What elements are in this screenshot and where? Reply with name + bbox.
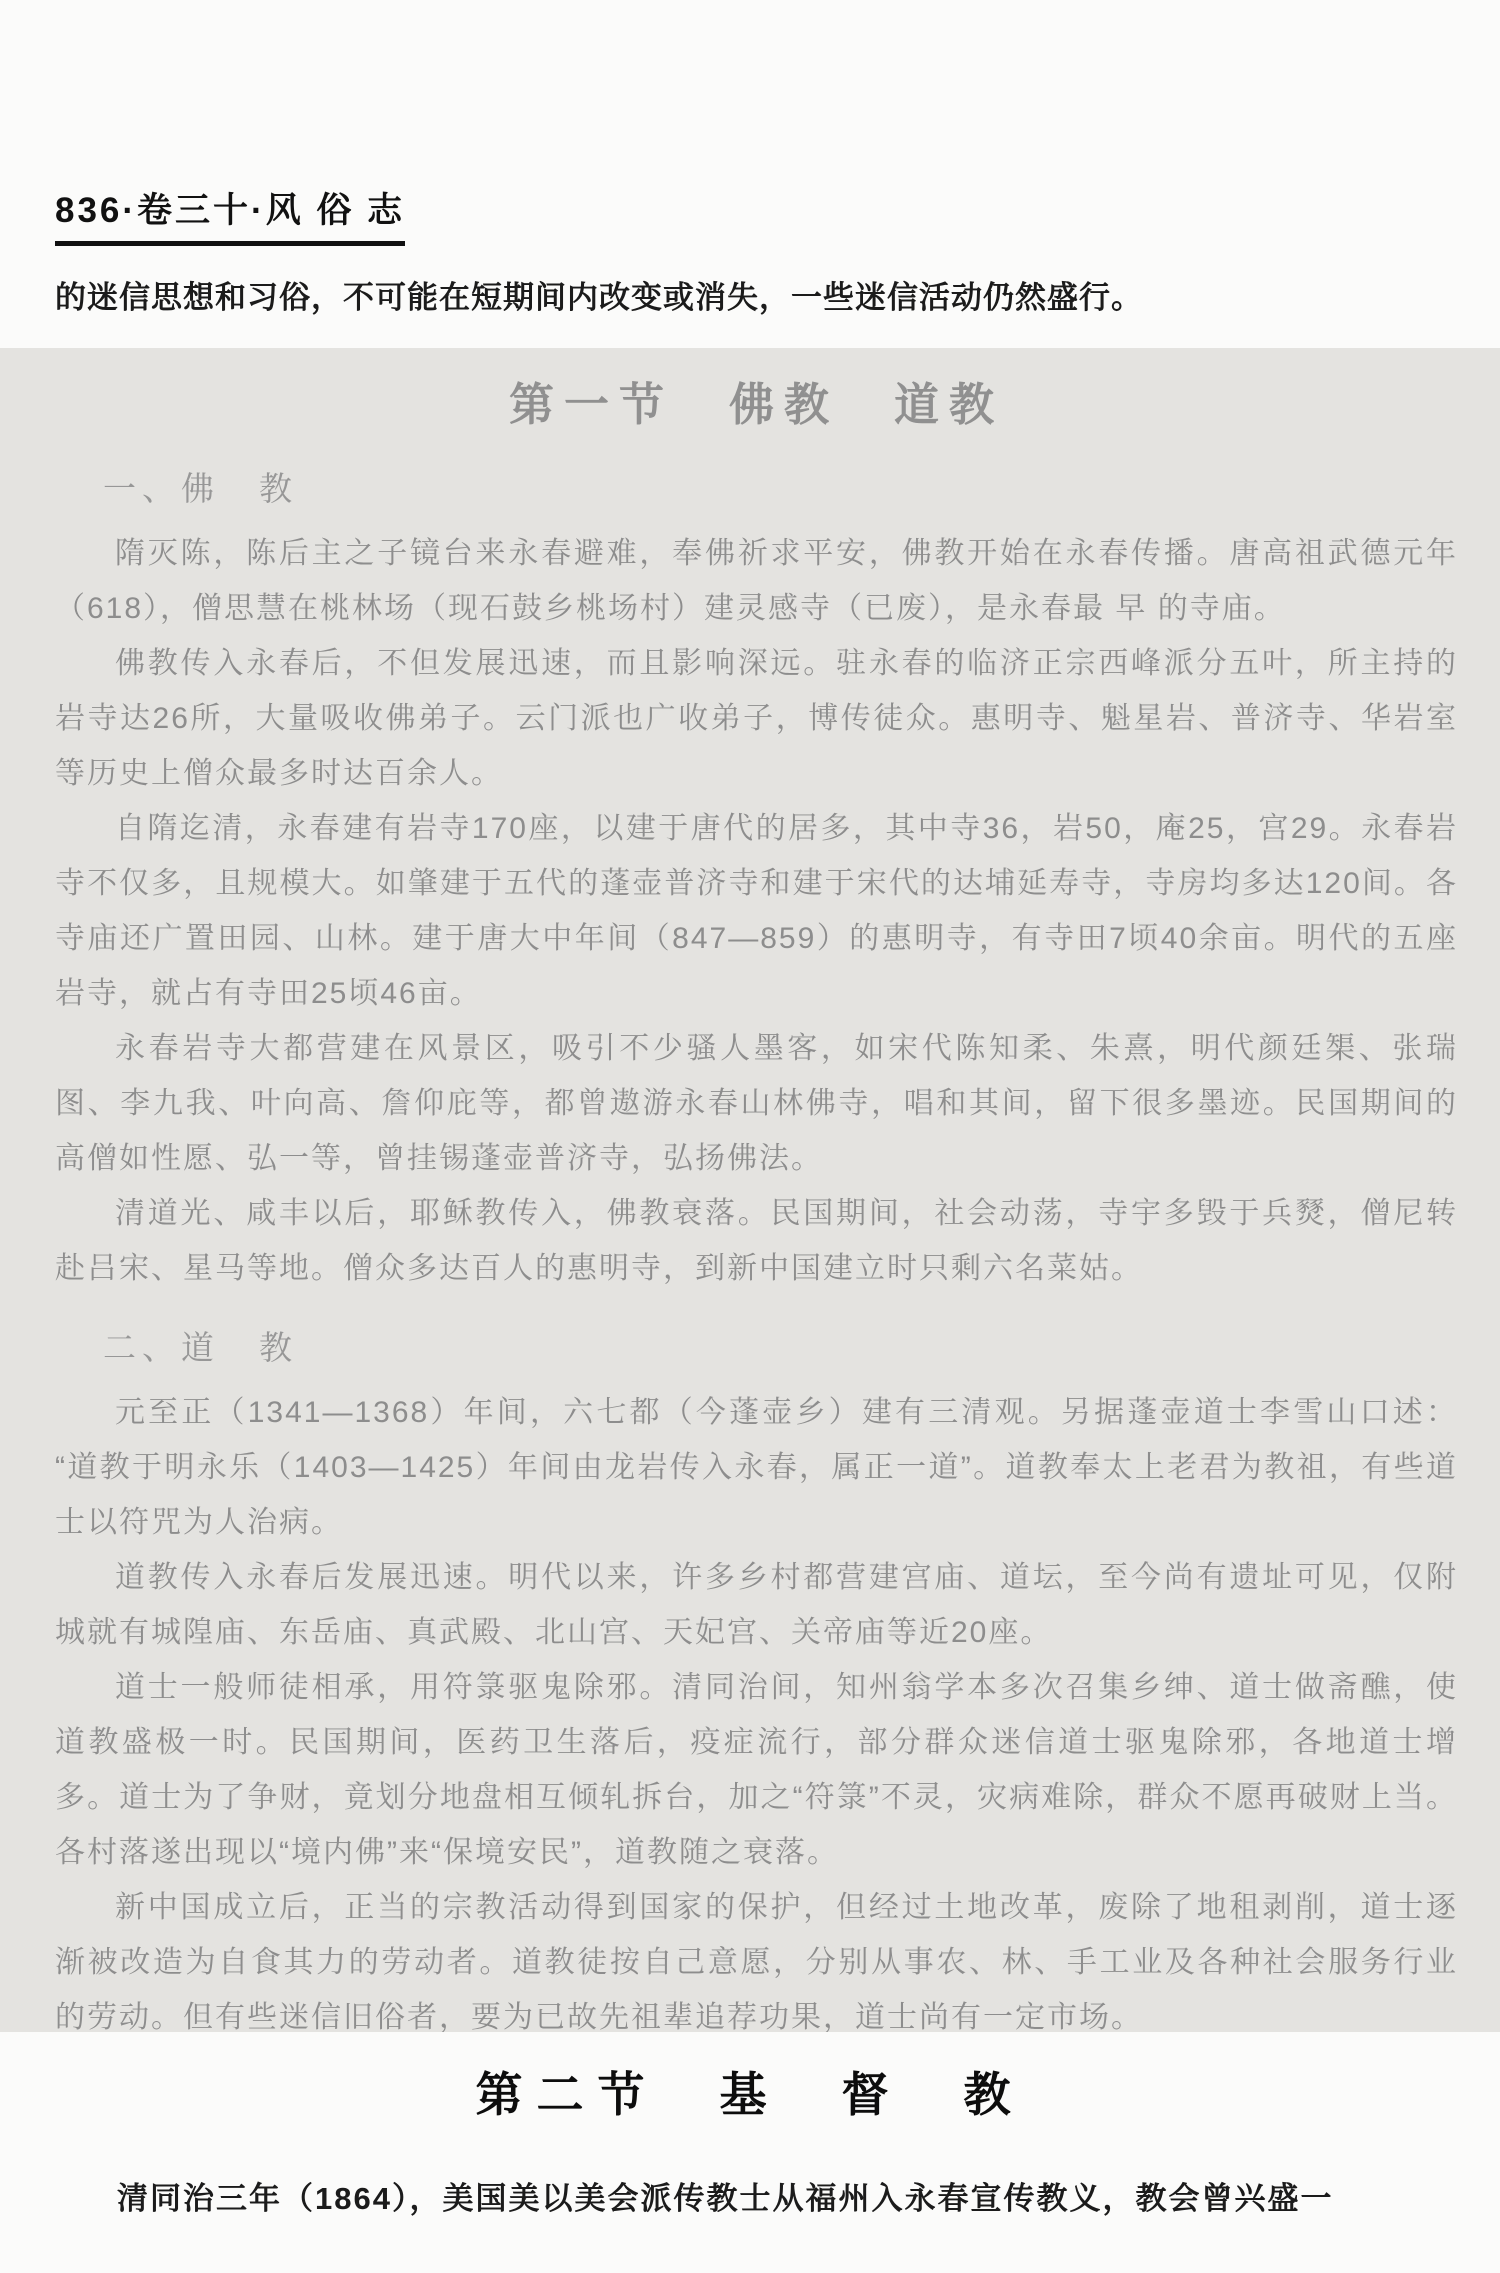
scanned-book-page: 836·卷三十·风 俗 志 的迷信思想和习俗，不可能在短期间内改变或消失，一些迷… (0, 0, 1500, 2273)
scanned-gray-region: 第一节 佛教 道教 一、佛 教 隋灭陈，陈后主之子镜台来永春避难，奉佛祈求平安，… (0, 348, 1500, 2032)
paragraph: 新中国成立后，正当的宗教活动得到国家的保护，但经过土地改革，废除了地租剥削，道士… (55, 1880, 1458, 2032)
section2-title: 第二节 基 督 教 (0, 2058, 1500, 2125)
paragraph: 道士一般师徒相承，用符箓驱鬼除邪。清同治间，知州翁学本多次召集乡绅、道士做斋醮，… (55, 1660, 1458, 1880)
subsection-taoism-heading: 二、道 教 (103, 1322, 1458, 1369)
paragraph: 佛教传入永春后，不但发展迅速，而且影响深远。驻永春的临济正宗西峰派分五叶，所主持… (55, 636, 1458, 801)
paragraph: 清同治三年（1864），美国美以美会派传教士从福州入永春宣传教义，教会曾兴盛一 (55, 2170, 1458, 2228)
paragraph: 自隋迄清，永春建有岩寺170座，以建于唐代的居多，其中寺36，岩50，庵25，宫… (55, 801, 1458, 1021)
subsection-buddhism-heading: 一、佛 教 (103, 463, 1458, 510)
section1-title: 第一节 佛教 道教 (55, 368, 1458, 433)
intro-text: 的迷信思想和习俗，不可能在短期间内改变或消失，一些迷信活动仍然盛行。 (55, 272, 1445, 317)
paragraph: 隋灭陈，陈后主之子镜台来永春避难，奉佛祈求平安，佛教开始在永春传播。唐高祖武德元… (55, 526, 1458, 636)
taoism-paragraphs: 元至正（1341—1368）年间，六七都（今蓬壶乡）建有三清观。另据蓬壶道士李雪… (55, 1385, 1458, 2032)
section2-paragraphs: 清同治三年（1864），美国美以美会派传教士从福州入永春宣传教义，教会曾兴盛一 (55, 2170, 1458, 2228)
running-header: 836·卷三十·风 俗 志 (55, 183, 405, 246)
paragraph: 元至正（1341—1368）年间，六七都（今蓬壶乡）建有三清观。另据蓬壶道士李雪… (55, 1385, 1458, 1550)
buddhism-paragraphs: 隋灭陈，陈后主之子镜台来永春避难，奉佛祈求平安，佛教开始在永春传播。唐高祖武德元… (55, 526, 1458, 1296)
paragraph: 道教传入永春后发展迅速。明代以来，许多乡村都营建宫庙、道坛，至今尚有遗址可见，仅… (55, 1550, 1458, 1660)
paragraph: 清道光、咸丰以后，耶稣教传入，佛教衰落。民国期间，社会动荡，寺宇多毁于兵燹，僧尼… (55, 1186, 1458, 1296)
paragraph: 永春岩寺大都营建在风景区，吸引不少骚人墨客，如宋代陈知柔、朱熹，明代颜廷榘、张瑞… (55, 1021, 1458, 1186)
